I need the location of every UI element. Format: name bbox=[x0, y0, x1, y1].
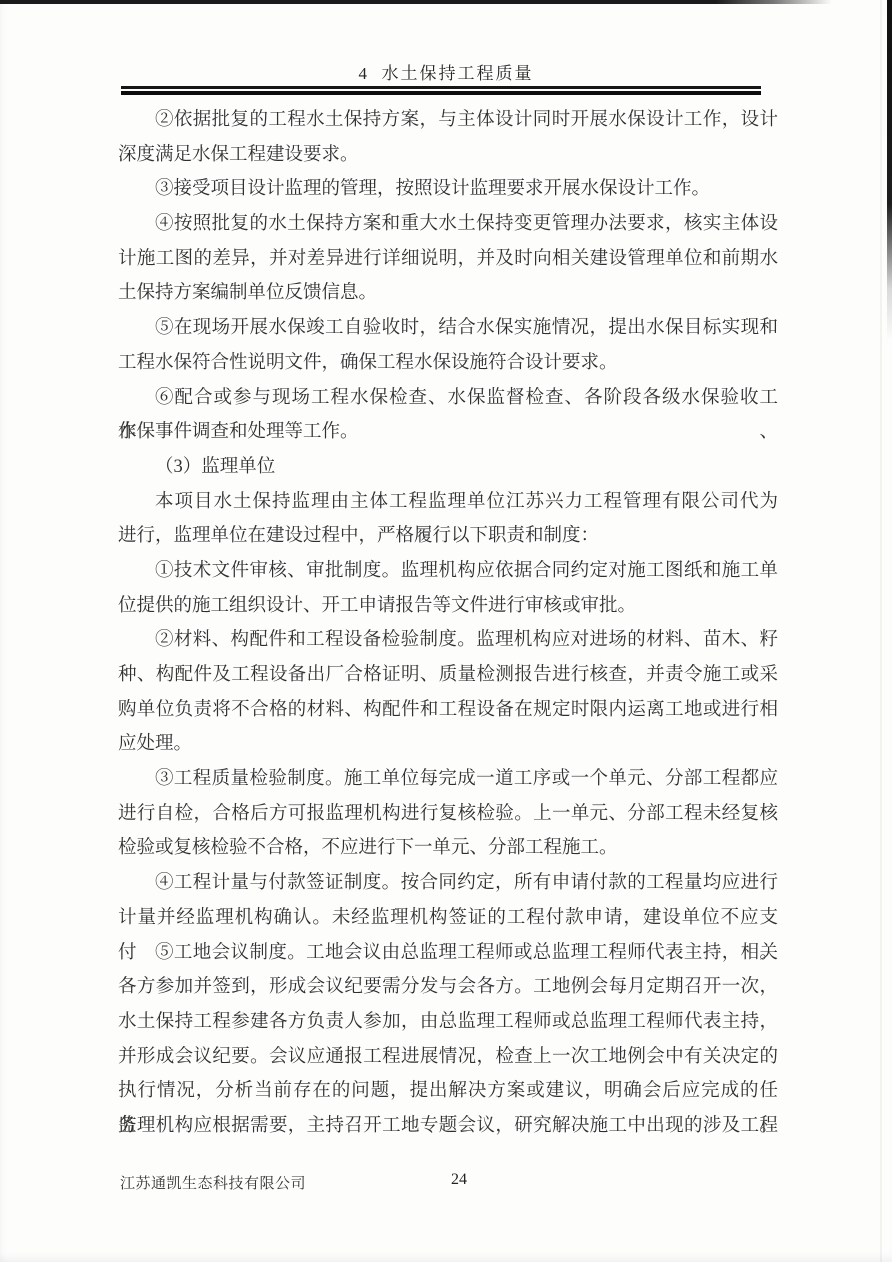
text-line: 土保持方案编制单位反馈信息。 bbox=[118, 276, 778, 311]
text-line: ⑥配合或参与现场工程水保检查、水保监督检查、各阶段各级水保验收工作、 bbox=[118, 381, 778, 416]
footer-page-number: 24 bbox=[451, 1171, 467, 1189]
text-line: ②材料、构配件和工程设备检验制度。监理机构应对进场的材料、苗木、籽 bbox=[118, 623, 778, 658]
text-line: 计量并经监理机构确认。未经监理机构签证的工程付款申请，建设单位不应支付。 bbox=[118, 901, 778, 936]
text-line: 种、构配件及工程设备出厂合格证明、质量检测报告进行核查，并责令施工或采 bbox=[118, 658, 778, 693]
text-line: 并形成会议纪要。会议应通报工程进展情况，检查上一次工地例会中有关决定的 bbox=[118, 1040, 778, 1075]
text-line: ⑤工地会议制度。工地会议由总监理工程师或总监理工程师代表主持，相关 bbox=[118, 936, 778, 971]
text-line: 购单位负责将不合格的材料、构配件和工程设备在规定时限内运离工地或进行相 bbox=[118, 693, 778, 728]
text-line: ③接受项目设计监理的管理，按照设计监理要求开展水保设计工作。 bbox=[118, 172, 778, 207]
text-line: ②依据批复的工程水土保持方案，与主体设计同时开展水保设计工作，设计 bbox=[118, 103, 778, 138]
text-line: 位提供的施工组织设计、开工申请报告等文件进行审核或审批。 bbox=[118, 589, 778, 624]
text-line: ⑤在现场开展水保竣工自验收时，结合水保实施情况，提出水保目标实现和 bbox=[118, 311, 778, 346]
scan-artifact-right-edge bbox=[887, 0, 892, 340]
header-divider-rule-thick bbox=[121, 91, 761, 95]
document-page: 4 水土保持工程质量 ②依据批复的工程水土保持方案，与主体设计同时开展水保设计工… bbox=[0, 0, 892, 1262]
text-line: ③工程质量检验制度。施工单位每完成一道工序或一个单元、分部工程都应 bbox=[118, 762, 778, 797]
header-divider-rule-thin bbox=[121, 86, 761, 89]
text-line: ④工程计量与付款签证制度。按合同约定，所有申请付款的工程量均应进行 bbox=[118, 866, 778, 901]
text-line: 深度满足水保工程建设要求。 bbox=[118, 138, 778, 173]
page-header-title: 4 水土保持工程质量 bbox=[0, 59, 892, 84]
text-line: 检验或复核检验不合格，不应进行下一单元、分部工程施工。 bbox=[118, 831, 778, 866]
header-divider-rule bbox=[121, 86, 761, 95]
text-line: 水土保持工程参建各方负责人参加，由总监理工程师或总监理工程师代表主持， bbox=[118, 1005, 778, 1040]
text-line: 进行自检，合格后方可报监理机构进行复核检验。上一单元、分部工程未经复核 bbox=[118, 797, 778, 832]
scan-artifact-top-edge bbox=[0, 0, 832, 4]
text-line: 执行情况，分析当前存在的问题，提出解决方案或建议，明确会后应完成的任务。 bbox=[118, 1074, 778, 1109]
text-line: 监理机构应根据需要，主持召开工地专题会议，研究解决施工中出现的涉及工程 bbox=[118, 1109, 778, 1144]
document-body: ②依据批复的工程水土保持方案，与主体设计同时开展水保设计工作，设计深度满足水保工… bbox=[118, 103, 778, 1144]
text-line: 应处理。 bbox=[118, 727, 778, 762]
text-line: （3）监理单位 bbox=[118, 450, 778, 485]
text-line: ①技术文件审核、审批制度。监理机构应依据合同约定对施工图纸和施工单 bbox=[118, 554, 778, 589]
text-line: 本项目水土保持监理由主体工程监理单位江苏兴力工程管理有限公司代为 bbox=[118, 485, 778, 520]
text-line: ④按照批复的水土保持方案和重大水土保持变更管理办法要求，核实主体设 bbox=[118, 207, 778, 242]
text-line: 进行，监理单位在建设过程中，严格履行以下职责和制度： bbox=[118, 519, 778, 554]
scan-artifact-page-edge-line bbox=[880, 0, 882, 1262]
text-line: 各方参加并签到，形成会议纪要需分发与会各方。工地例会每月定期召开一次， bbox=[118, 970, 778, 1005]
footer-company-name: 江苏通凯生态科技有限公司 bbox=[120, 1172, 306, 1193]
text-line: 工程水保符合性说明文件，确保工程水保设施符合设计要求。 bbox=[118, 346, 778, 381]
text-line: 计施工图的差异，并对差异进行详细说明，并及时向相关建设管理单位和前期水 bbox=[118, 242, 778, 277]
